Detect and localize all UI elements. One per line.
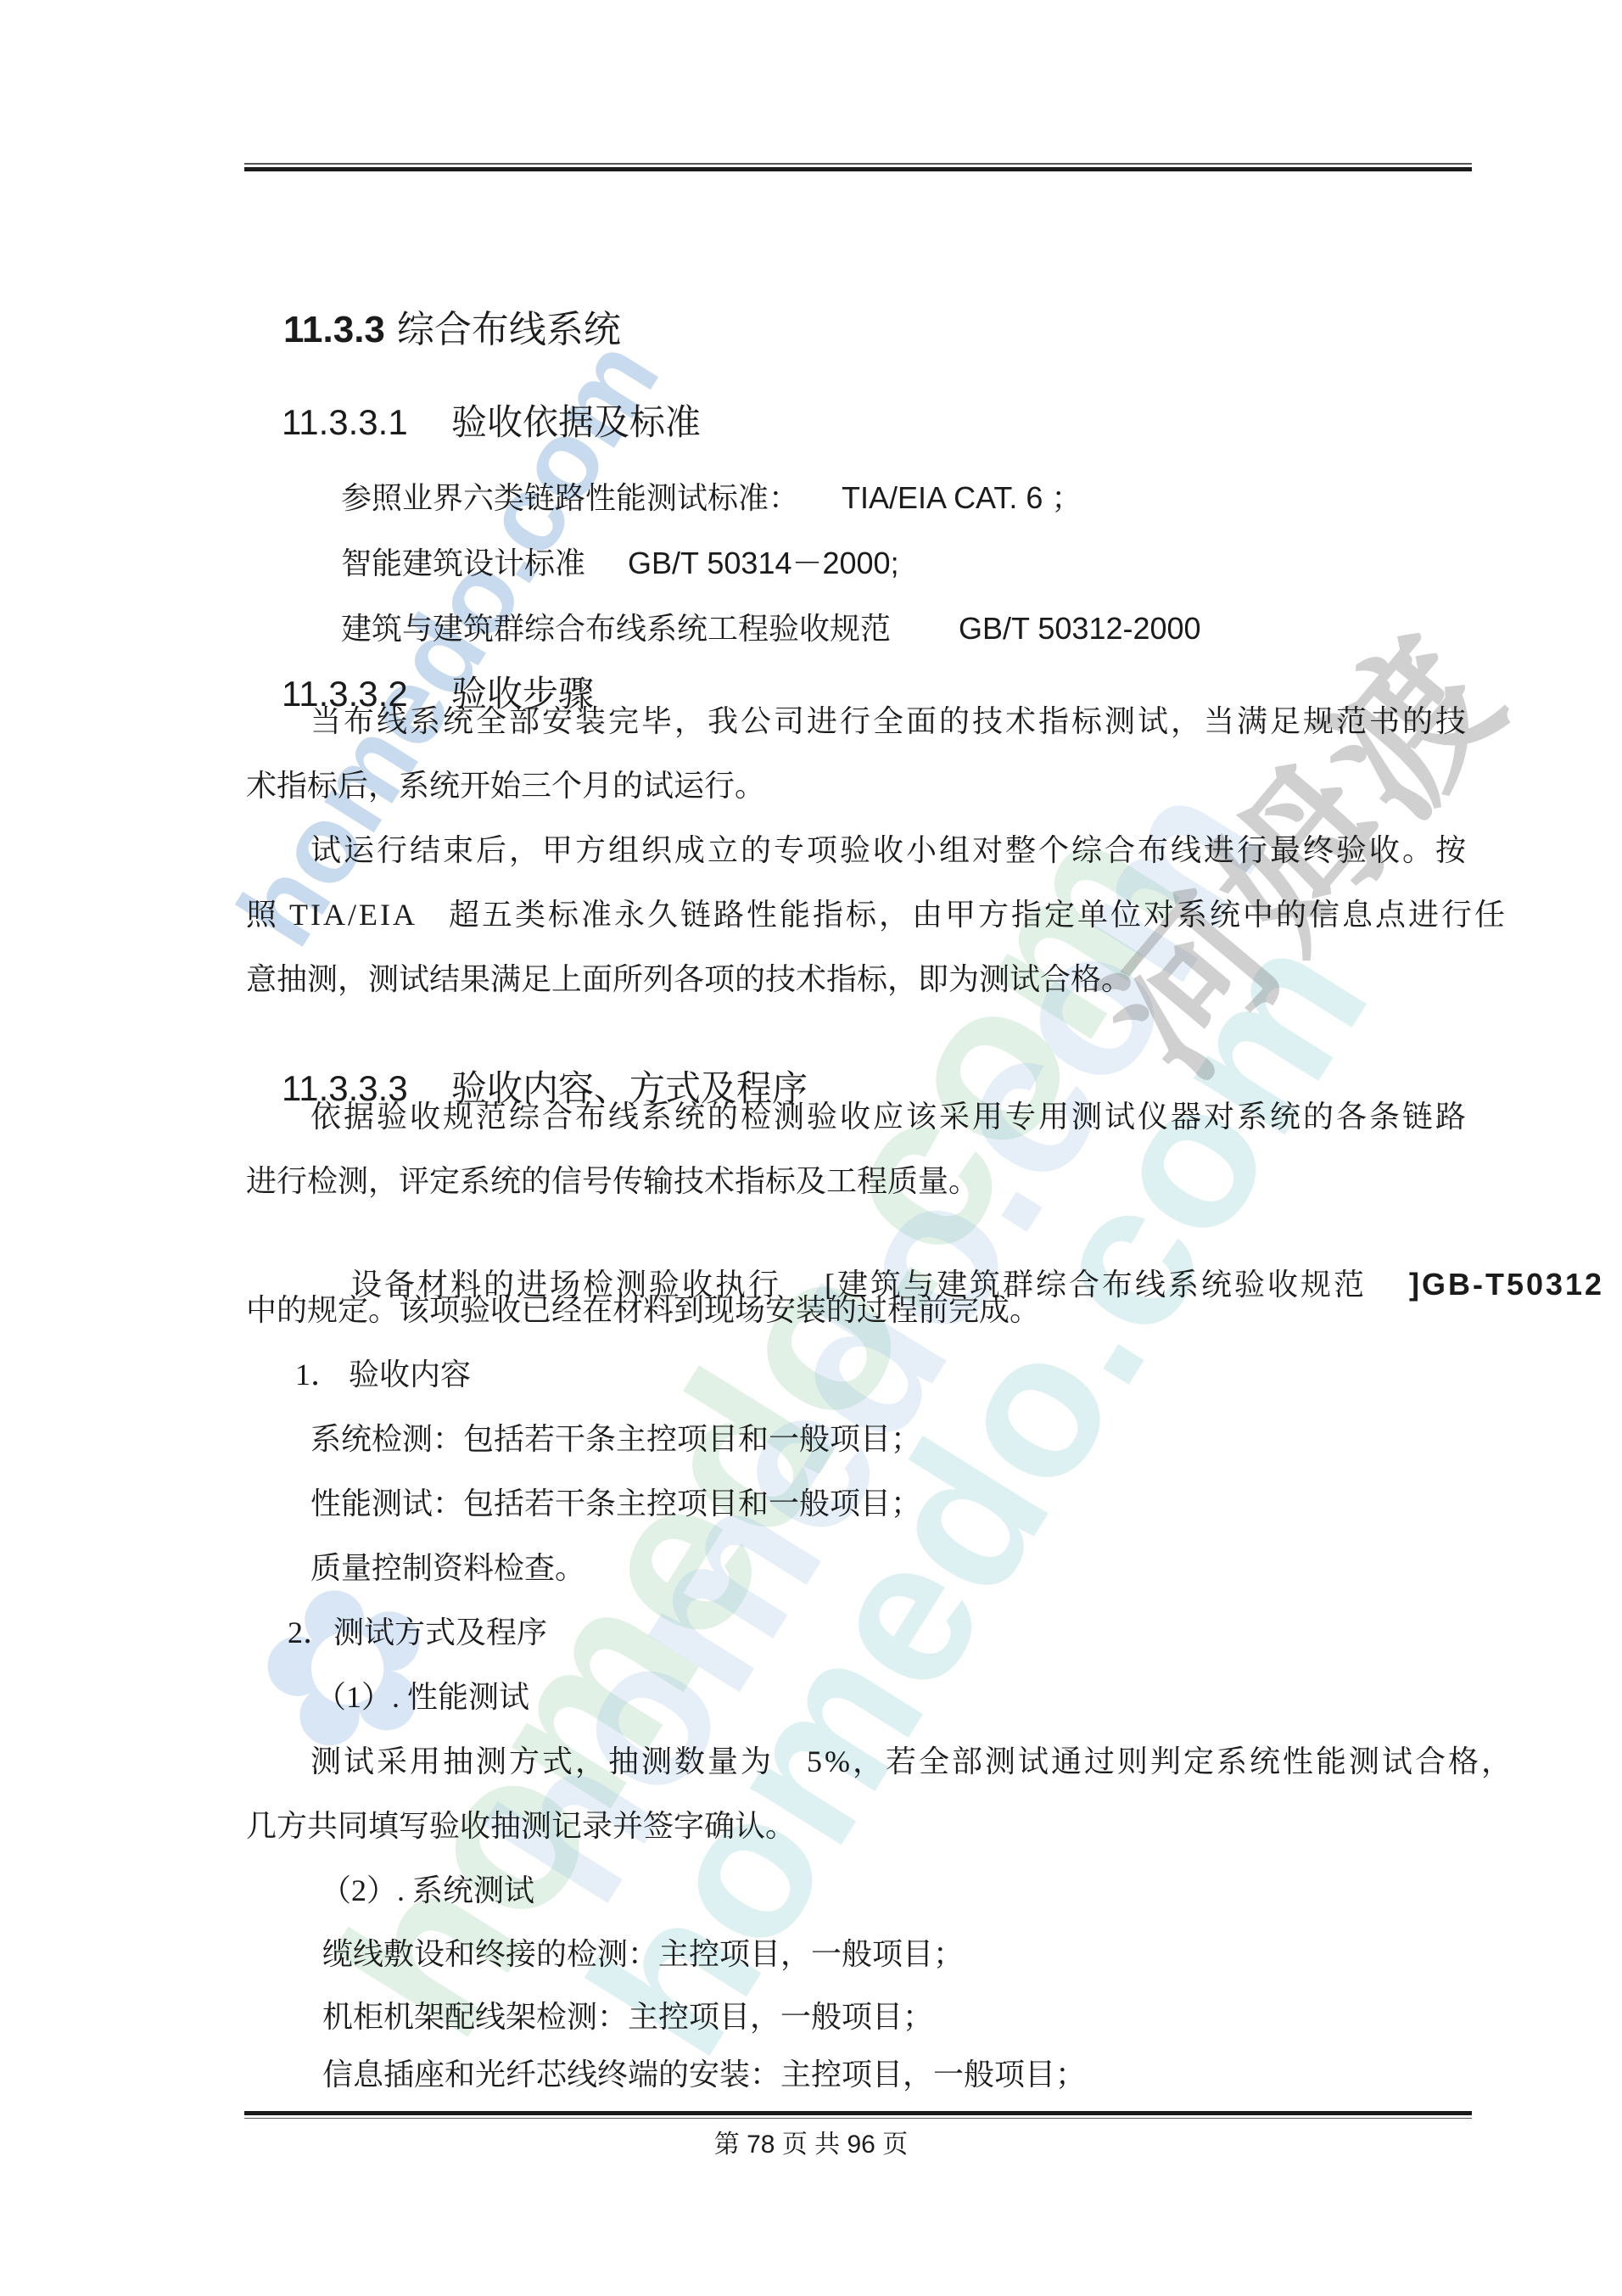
paragraph-line: 测试采用抽测方式，抽测数量为 5%，若全部测试通过则判定系统性能测试合格， <box>310 1742 1514 1781</box>
standard-code: ]GB-T50312 <box>1409 1267 1604 1302</box>
document-page: homedo.com homedo.com homedo.com homedo.… <box>0 0 1622 2296</box>
header-rule-thick <box>244 167 1472 171</box>
paragraph-line: 中的规定。该项验收已经在材料到现场安装的过程前完成。 <box>246 1291 1040 1330</box>
paragraph-line: 照 TIA/EIA 超五类标准永久链路性能指标，由甲方指定单位对系统中的信息点进… <box>246 895 1507 934</box>
page-number: 第 78 页 共 96 页 <box>0 2123 1622 2160</box>
paragraph-line: 试运行结束后，甲方组织成立的专项验收小组对整个综合布线进行最终验收。按 <box>310 831 1468 870</box>
heading-title: 验收依据及标准 <box>451 404 701 443</box>
header-rule-thin <box>244 163 1472 165</box>
paragraph-line: 术指标后，系统开始三个月的试运行。 <box>246 766 765 805</box>
heading-number: 11.3.3.1 <box>282 400 451 445</box>
list-item: 质量控制资料检查。 <box>310 1548 585 1588</box>
footer-rule-thick <box>244 2111 1472 2115</box>
heading-title: 综合布线系统 <box>397 309 621 350</box>
heading-number: 11.3.3 <box>283 309 385 350</box>
sub-item-1-title: （1）. 性能测试 <box>316 1677 529 1716</box>
list-item: 性能测试：包括若干条主控项目和一般项目； <box>310 1484 921 1523</box>
list-item: 信息插座和光纤芯线终端的安装：主控项目，一般项目； <box>322 2055 1086 2094</box>
reference-standard-code: GB/T 50312-2000 <box>959 611 1201 646</box>
sub-item-2-title: （2）. 系统测试 <box>321 1871 534 1910</box>
paragraph-line: 进行检测，评定系统的信号传输技术指标及工程质量。 <box>246 1162 979 1201</box>
list-item: 系统检测：包括若干条主控项目和一般项目； <box>310 1420 921 1459</box>
paragraph-line: 几方共同填写验收抽测记录并签字确认。 <box>246 1806 796 1845</box>
list-item-2: 2．测试方式及程序 <box>288 1613 547 1652</box>
paragraph-line: 当布线系统全部安装完毕，我公司进行全面的技术指标测试，当满足规范书的技 <box>310 702 1468 741</box>
list-item: 缆线敷设和终接的检测：主控项目，一般项目； <box>322 1935 964 1974</box>
paragraph-line: 意抽测，测试结果满足上面所列各项的技术指标，即为测试合格。 <box>246 960 1132 999</box>
footer-rule-thin <box>244 2118 1472 2119</box>
section-heading-11.3.3.2: 11.3.3.2验收步骤 <box>246 628 594 761</box>
list-item-1: 1． 验收内容 <box>295 1355 471 1394</box>
list-item: 机柜机架配线架检测：主控项目，一般项目； <box>322 1997 933 2036</box>
paragraph-line: 依据验收规范综合布线系统的检测验收应该采用专用测试仪器对系统的各条链路 <box>310 1097 1468 1136</box>
